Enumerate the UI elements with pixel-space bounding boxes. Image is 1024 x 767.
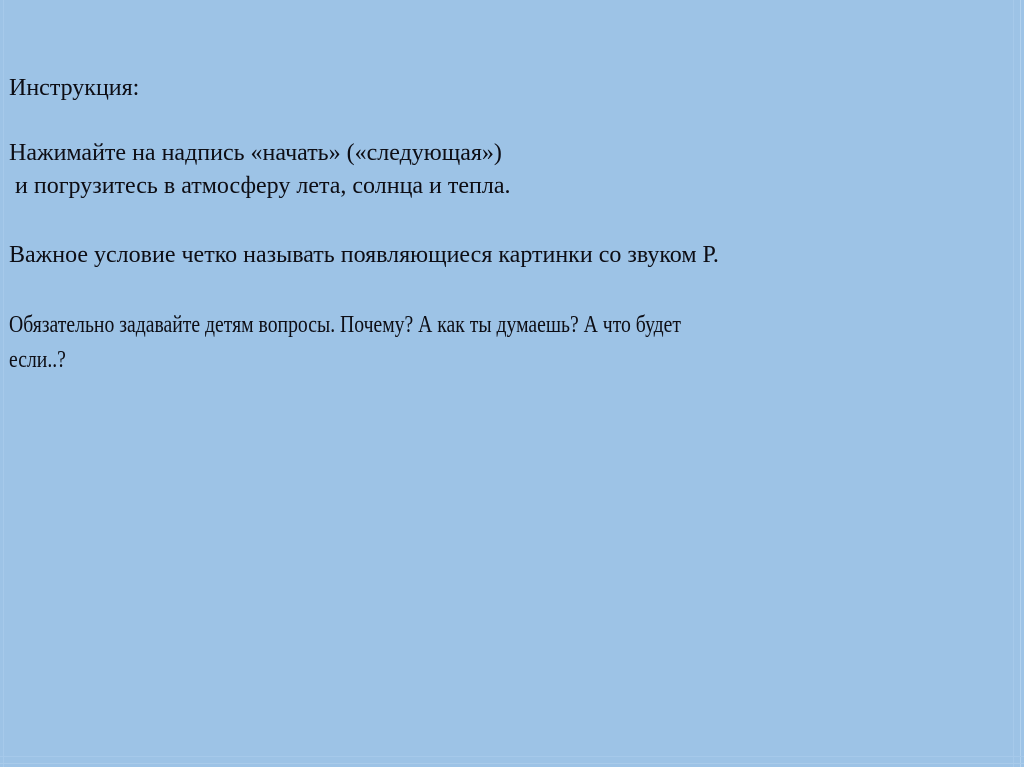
- instruction-paragraph-2: Важное условие четко называть появляющие…: [9, 241, 719, 269]
- slide-border-right: [1020, 0, 1021, 767]
- slide-border-bottom-inner: [0, 756, 1024, 757]
- instruction-paragraph-1-line-2: и погрузитесь в атмосферу лета, солнца и…: [9, 172, 511, 200]
- instruction-paragraph-1-line-1: Нажимайте на надпись «начать» («следующа…: [9, 139, 502, 167]
- slide-border-left: [3, 0, 4, 767]
- slide-border-bottom: [0, 763, 1024, 764]
- instruction-paragraph-3-line-1: Обязательно задавайте детям вопросы. Поч…: [9, 311, 681, 339]
- slide-border-right-inner: [1013, 0, 1014, 767]
- instruction-paragraph-3-line-2: если..?: [9, 346, 66, 374]
- instruction-heading: Инструкция:: [9, 74, 139, 102]
